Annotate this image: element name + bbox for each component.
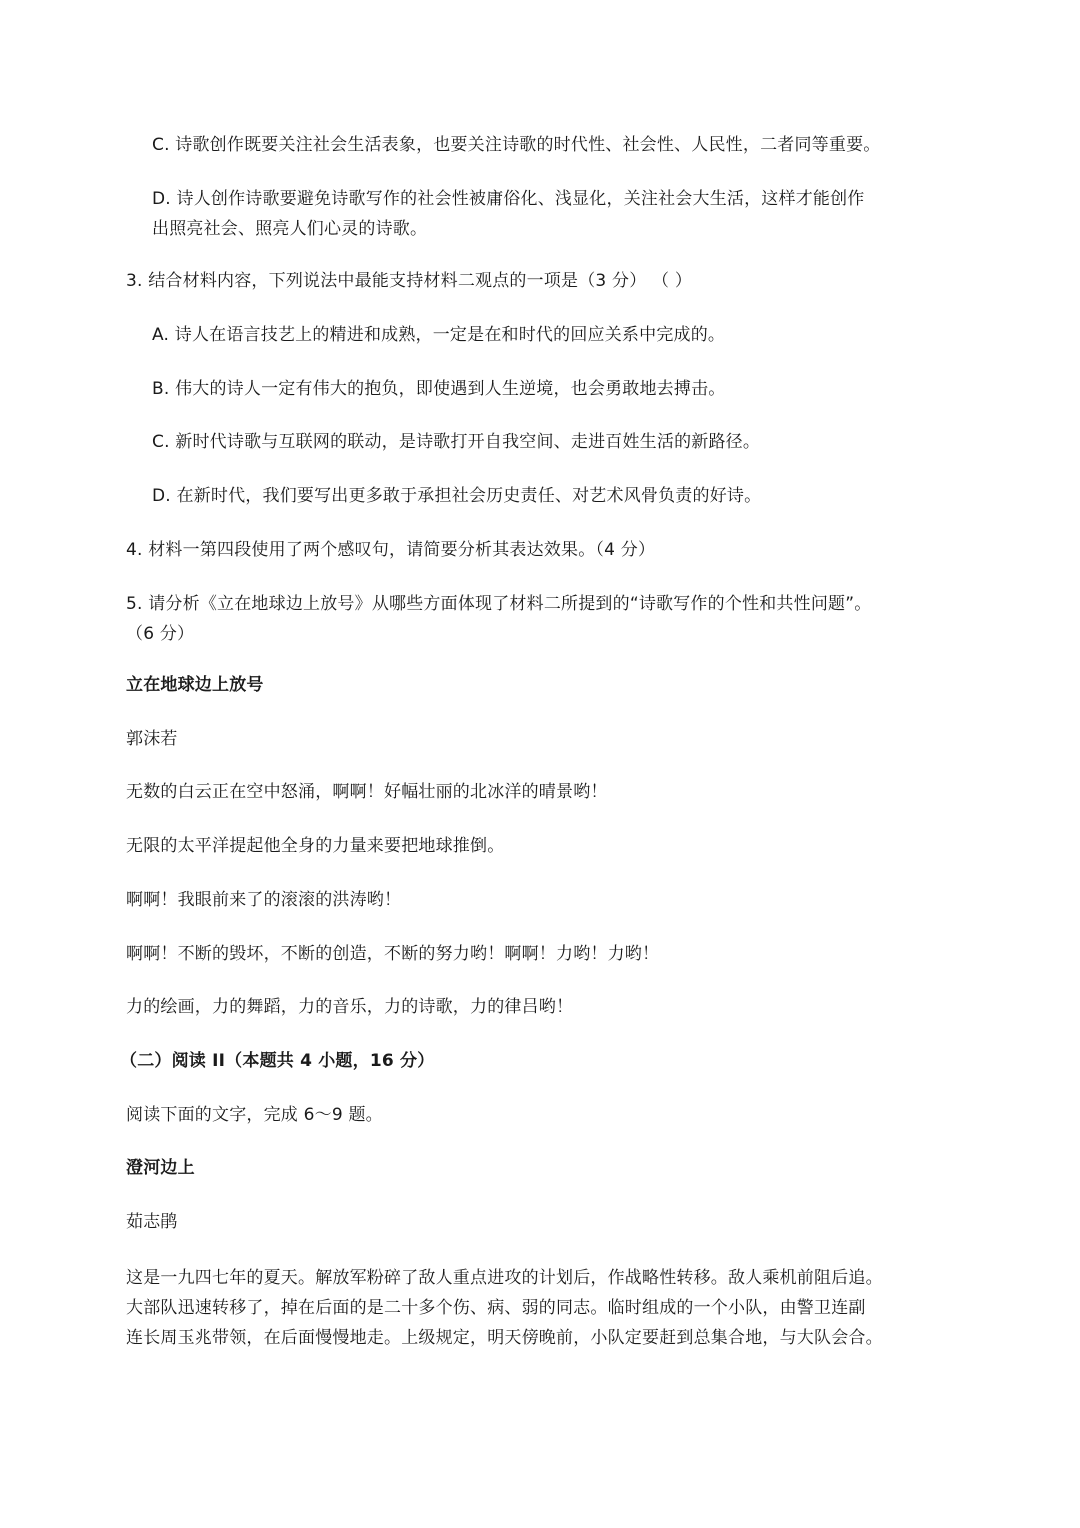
q3-option-a: A. 诗人在语言技艺上的精进和成熟，一定是在和时代的回应关系中完成的。 [152, 320, 725, 350]
story-paragraph-line: 这是一九四七年的夏天。解放军粉碎了敌人重点进攻的计划后，作战略性转移。敌人乘机前… [126, 1263, 883, 1293]
exam-page: C. 诗歌创作既要关注社会生活表象，也要关注诗歌的时代性、社会性、人民性，二者同… [0, 0, 1080, 1528]
q5-stem-line2: （6 分） [126, 619, 871, 649]
q2-option-d: D. 诗人创作诗歌要避免诗歌写作的社会性被庸俗化、浅显化，关注社会大生活，这样才… [152, 184, 865, 244]
poem-line: 无数的白云正在空中怒涌，啊啊！好幅壮丽的北冰洋的晴景哟！ [126, 777, 608, 807]
q2-option-d-line2: 出照亮社会、照亮人们心灵的诗歌。 [152, 214, 865, 244]
story-paragraph-line: 连长周玉兆带领，在后面慢慢地走。上级规定，明天傍晚前，小队定要赶到总集合地，与大… [126, 1323, 883, 1353]
section-heading: （二）阅读 II（本题共 4 小题，16 分） [120, 1046, 434, 1076]
story-author: 茹志鹃 [126, 1207, 178, 1237]
poem-line: 无限的太平洋提起他全身的力量来要把地球推倒。 [126, 831, 504, 861]
q3-option-d: D. 在新时代，我们要写出更多敢于承担社会历史责任、对艺术风骨负责的好诗。 [152, 481, 761, 511]
poem-title: 立在地球边上放号 [126, 670, 264, 700]
poem-line: 啊啊！不断的毁坏，不断的创造，不断的努力哟！啊啊！力哟！力哟！ [126, 939, 659, 969]
poem-author: 郭沫若 [126, 724, 178, 754]
q3-option-c: C. 新时代诗歌与互联网的联动，是诗歌打开自我空间、走进百姓生活的新路径。 [152, 427, 760, 457]
story-paragraph-line: 大部队迅速转移了，掉在后面的是二十多个伤、病、弱的同志。临时组成的一个小队，由警… [126, 1293, 883, 1323]
q5-stem: 5. 请分析《立在地球边上放号》从哪些方面体现了材料二所提到的“诗歌写作的个性和… [126, 589, 871, 649]
story-paragraph: 这是一九四七年的夏天。解放军粉碎了敌人重点进攻的计划后，作战略性转移。敌人乘机前… [126, 1263, 883, 1353]
q3-stem: 3. 结合材料内容，下列说法中最能支持材料二观点的一项是（3 分） （ ） [126, 266, 692, 296]
q3-option-b: B. 伟大的诗人一定有伟大的抱负，即使遇到人生逆境，也会勇敢地去搏击。 [152, 374, 725, 404]
q2-option-c: C. 诗歌创作既要关注社会生活表象，也要关注诗歌的时代性、社会性、人民性，二者同… [152, 130, 880, 160]
q2-option-d-line1: D. 诗人创作诗歌要避免诗歌写作的社会性被庸俗化、浅显化，关注社会大生活，这样才… [152, 184, 865, 214]
q4-stem: 4. 材料一第四段使用了两个感叹句，请简要分析其表达效果。（4 分） [126, 535, 655, 565]
section-instruction: 阅读下面的文字，完成 6～9 题。 [126, 1100, 383, 1130]
q5-stem-line1: 5. 请分析《立在地球边上放号》从哪些方面体现了材料二所提到的“诗歌写作的个性和… [126, 589, 871, 619]
poem-line: 力的绘画，力的舞蹈，力的音乐，力的诗歌，力的律吕哟！ [126, 992, 573, 1022]
poem-line: 啊啊！我眼前来了的滚滚的洪涛哟！ [126, 885, 401, 915]
story-title: 澄河边上 [126, 1153, 195, 1183]
